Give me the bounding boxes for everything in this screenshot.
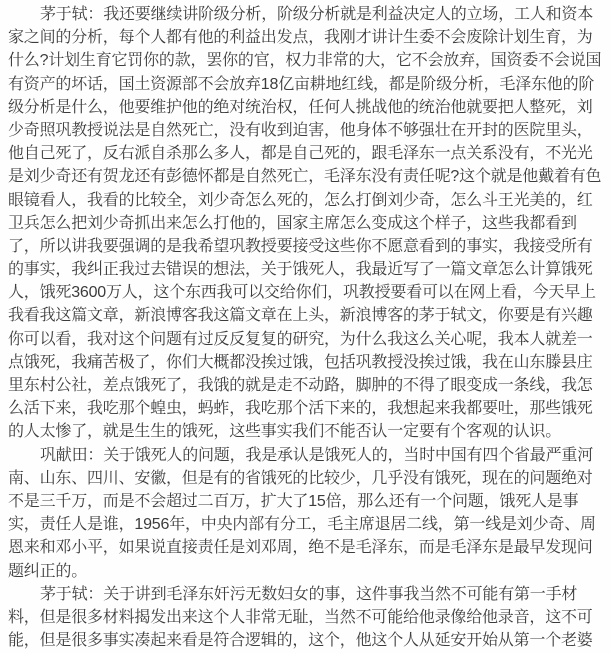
transcript-line: 恩来和邓小平，如果说直接责任是刘邓周，绝不是毛泽东，而是毛泽东是最早发现问	[8, 536, 605, 559]
transcript-line: 题纠正的。	[8, 560, 605, 583]
transcript-line: 了，所以讲我要强调的是我希望巩教授要接受这些你不愿意看到的事实，我接受所有	[8, 235, 605, 258]
paragraph-mao-1: 茅于轼：我还要继续讲阶级分析，阶级分析就是利益决定人的立场，工人和资本 家之间的…	[8, 3, 605, 444]
transcript-line: 茅于轼：我还要继续讲阶级分析，阶级分析就是利益决定人的立场，工人和资本	[8, 3, 605, 26]
transcript-line: 是刘少奇还有贺龙还有彭德怀都是自然死亡，毛泽东没有责任呢?这个就是他戴着有色	[8, 165, 605, 188]
transcript-line: 么活下来，我吃那个蝗虫，蚂蚱，我吃那个活下来的，我想起来我都要吐，那些饿死	[8, 397, 605, 420]
transcript-line: 的人太惨了，就是生生的饿死，这些事实我们不能否认一定要有个客观的认识。	[8, 420, 605, 443]
transcript-line: 不是三千万，而是不会超过二百万，扩大了15倍，那么还有一个问题，饿死人是事	[8, 490, 605, 513]
transcript-line: 家之间的分析，每个人都有他的利益出发点，我刚才讲计生委不会废除计划生育，为	[8, 26, 605, 49]
transcript-line: 能，但是很多事实凑起来看是符合逻辑的，这个，他这个人从延安开始从第一个老婆	[8, 629, 605, 652]
transcript-line: 什么?计划生育它罚你的款，罢你的官，权力非常的大，它不会放弃，国资委不会说国	[8, 49, 605, 72]
transcript-line: 茅于轼：关于讲到毛泽东奸污无数妇女的事，这件事我当然不可能有第一手材	[8, 583, 605, 606]
transcript-line: 南、山东、四川、安徽，但是有的省饿死的比较少，几乎没有饿死，现在的问题绝对	[8, 467, 605, 490]
transcript-line: 巩献田：关于饿死人的问题，我是承认是饿死人的，当时中国有四个省最严重河	[8, 444, 605, 467]
transcript-line: 眼镜看人，我看的比较全，刘少奇怎么死的，怎么打倒刘少奇，怎么斗王光美的，红	[8, 189, 605, 212]
transcript-line: 有资产的坏话，国土资源部不会放弃18亿亩耕地红线，都是阶级分析，毛泽东他的阶	[8, 73, 605, 96]
transcript-line: 你可以看，我对这个问题有过反反复复的研究，为什么我这么关心呢，我本人就差一	[8, 328, 605, 351]
transcript-line: 实，责任人是谁，1956年，中央内部有分工，毛主席退居二线，第一线是刘少奇、周	[8, 513, 605, 536]
transcript-line: 少奇照巩教授说法是自然死亡，没有收到迫害，他身体不够强壮在开封的医院里头，	[8, 119, 605, 142]
transcript-line: 我看我这篇文章，新浪博客我这篇文章在上头，新浪博客的茅于轼文，你要是有兴趣	[8, 304, 605, 327]
paragraph-mao-2: 茅于轼：关于讲到毛泽东奸污无数妇女的事，这件事我当然不可能有第一手材 料，但是很…	[8, 583, 605, 653]
transcript-line: 卫兵怎么把刘少奇抓出来怎么打他的，国家主席怎么变成这个样子，这些我都看到	[8, 212, 605, 235]
paragraph-gong: 巩献田：关于饿死人的问题，我是承认是饿死人的，当时中国有四个省最严重河 南、山东…	[8, 444, 605, 583]
transcript-line: 人，饿死3600万人，这个东西我可以交给你们，巩教授要看可以在网上看，今天早上	[8, 281, 605, 304]
transcript-line: 里东村公社，差点饿死了，我饿的就是走不动路，脚肿的不得了眼变成一条线，我怎	[8, 374, 605, 397]
transcript-line: 他自己死了，反右派自杀那么多人，都是自己死的，跟毛泽东一点关系没有，不光光	[8, 142, 605, 165]
document-page: 茅于轼：我还要继续讲阶级分析，阶级分析就是利益决定人的立场，工人和资本 家之间的…	[0, 0, 611, 653]
transcript-line: 点饿死，我痛苦极了，你们大概都没挨过饿，包括巩教授没挨过饿，我在山东滕县庄	[8, 351, 605, 374]
transcript-line: 料，但是很多材料揭发出来这个人非常无耻，当然不可能给他录像给他录音，这不可	[8, 606, 605, 629]
transcript-line: 的事实，我纠正我过去错误的想法，关于饿死人，我最近写了一篇文章怎么计算饿死	[8, 258, 605, 281]
transcript-line: 级分析是什么，他要维护他的绝对统治权，任何人挑战他的统治他就要把人整死，刘	[8, 96, 605, 119]
